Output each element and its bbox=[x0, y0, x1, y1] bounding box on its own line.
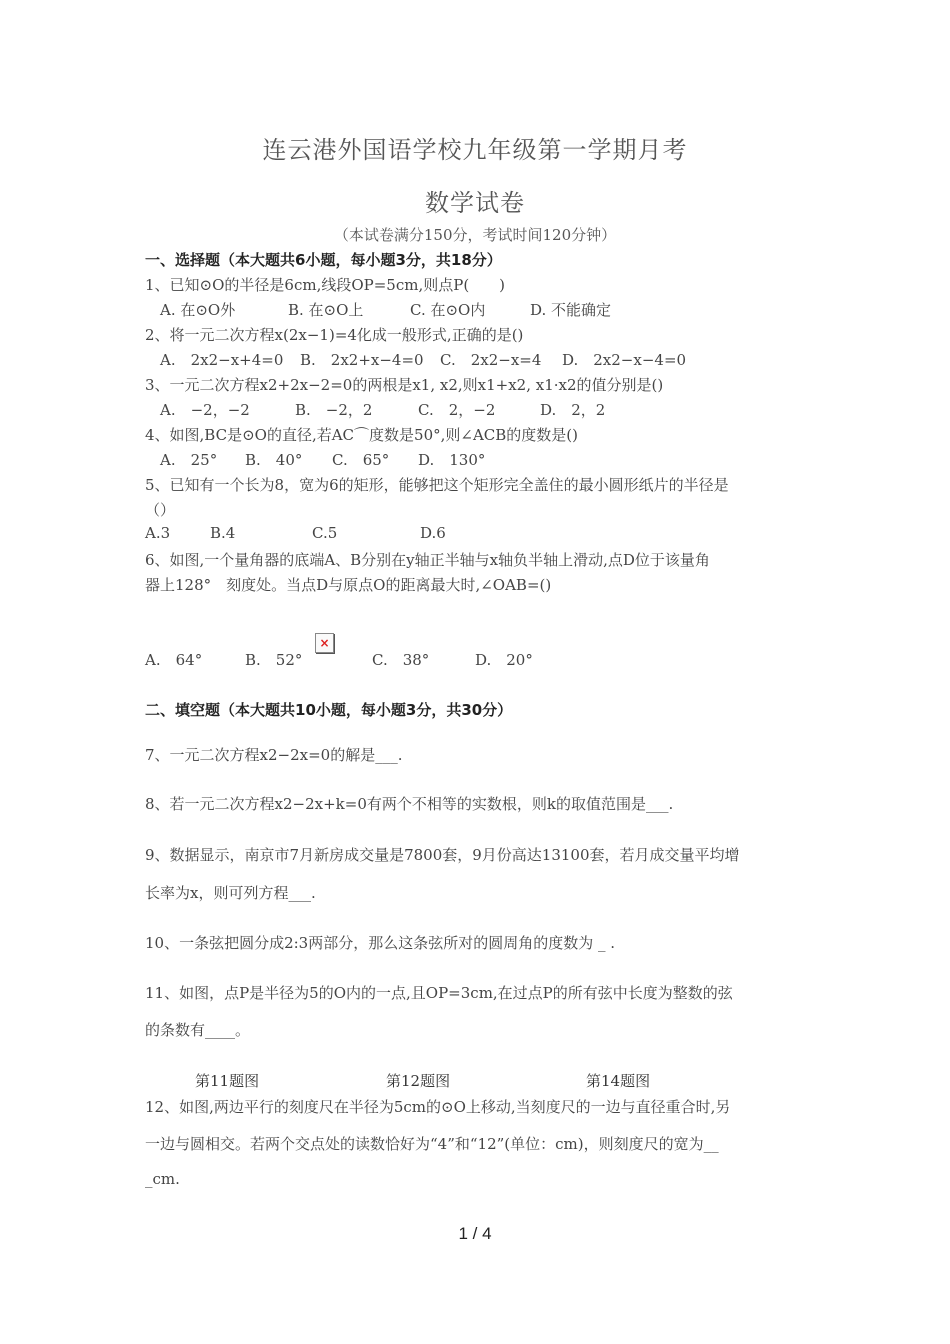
figure-caption-11: 第11题图 bbox=[195, 1070, 259, 1091]
question-2: 2、将一元二次方程x(2x−1)=4化成一般形式,正确的是() bbox=[145, 324, 523, 345]
q2-option-c: C. 2x2−x=4 bbox=[440, 349, 541, 370]
q5-option-a: A.3 bbox=[145, 524, 170, 542]
q2-option-b: B. 2x2+x−4=0 bbox=[300, 349, 424, 370]
page-indicator: 1 / 4 bbox=[0, 1224, 950, 1244]
question-4: 4、如图,BC是⊙O的直径,若AC⌒度数是50°,则∠ACB的度数是() bbox=[145, 424, 578, 445]
question-11-line1: 11、如图，点P是半径为5的O内的一点,且OP=3cm,在过点P的所有弦中长度为… bbox=[145, 982, 733, 1003]
figure-caption-14: 第14题图 bbox=[586, 1070, 650, 1091]
question-10: 10、一条弦把圆分成2:3两部分，那么这条弦所对的圆周角的度数为 _ . bbox=[145, 932, 615, 953]
question-5-line1: 5、已知有一个长为8，宽为6的矩形，能够把这个矩形完全盖住的最小圆形纸片的半径是 bbox=[145, 474, 729, 495]
school-title: 连云港外国语学校九年级第一学期月考 bbox=[0, 130, 950, 165]
exam-page: 连云港外国语学校九年级第一学期月考 数学试卷 （本试卷满分150分，考试时间12… bbox=[0, 0, 950, 1344]
question-12-line2: 一边与圆相交。若两个交点处的读数恰好为“4”和“12”(单位：cm)，则刻度尺的… bbox=[145, 1133, 719, 1154]
exam-note: （本试卷满分150分，考试时间120分钟） bbox=[0, 224, 950, 245]
q6-option-a: A. 64° bbox=[145, 649, 202, 670]
q3-option-c: C. 2，−2 bbox=[418, 399, 495, 420]
q1-option-d: D. 不能确定 bbox=[530, 299, 611, 320]
figure-caption-12: 第12题图 bbox=[386, 1070, 450, 1091]
q1-option-c: C. 在⊙O内 bbox=[410, 299, 485, 320]
q3-option-a: A. −2，−2 bbox=[160, 399, 250, 420]
q4-option-c: C. 65° bbox=[332, 449, 389, 470]
subject-title: 数学试卷 bbox=[0, 183, 950, 218]
q1-option-a: A. 在⊙O外 bbox=[160, 299, 235, 320]
question-7: 7、一元二次方程x2−2x=0的解是___. bbox=[145, 744, 403, 765]
question-6-line2: 器上128° 刻度处。当点D与原点O的距离最大时,∠OAB=() bbox=[145, 574, 551, 595]
q6-option-d: D. 20° bbox=[475, 649, 533, 670]
q4-option-a: A. 25° bbox=[160, 449, 217, 470]
q2-option-d: D. 2x2−x−4=0 bbox=[562, 349, 686, 370]
question-8: 8、若一元二次方程x2−2x+k=0有两个不相等的实数根，则k的取值范围是___… bbox=[145, 793, 673, 814]
q3-option-b: B. −2，2 bbox=[295, 399, 372, 420]
q4-option-d: D. 130° bbox=[418, 449, 485, 470]
question-6-line1: 6、如图,一个量角器的底端A、B分别在y轴正半轴与x轴负半轴上滑动,点D位于该量… bbox=[145, 549, 710, 570]
question-3: 3、一元二次方程x2+2x−2=0的两根是x1, x2,则x1+x2, x1·x… bbox=[145, 374, 663, 395]
q2-option-a: A. 2x2−x+4=0 bbox=[160, 349, 283, 370]
q4-option-b: B. 40° bbox=[245, 449, 302, 470]
question-9-line1: 9、数据显示，南京市7月新房成交量是7800套，9月份高达13100套，若月成交… bbox=[145, 844, 740, 865]
question-9-line2: 长率为x，则可列方程___. bbox=[145, 882, 316, 903]
q3-option-d: D. 2，2 bbox=[540, 399, 605, 420]
section1-heading: 一、选择题（本大题共6小题，每小题3分，共18分） bbox=[145, 249, 502, 270]
q6-option-b: B. 52° bbox=[245, 649, 302, 670]
question-11-line2: 的条数有____。 bbox=[145, 1019, 250, 1040]
broken-image-icon: × bbox=[315, 633, 334, 653]
q5-option-d: D.6 bbox=[420, 524, 446, 542]
q5-option-b: B.4 bbox=[210, 524, 235, 542]
question-5-line2: （） bbox=[145, 499, 175, 520]
question-12-line3: _cm. bbox=[145, 1170, 180, 1188]
q1-option-b: B. 在⊙O上 bbox=[288, 299, 363, 320]
question-1: 1、已知⊙O的半径是6cm,线段OP=5cm,则点P( ) bbox=[145, 274, 505, 295]
section2-heading: 二、填空题（本大题共10小题，每小题3分，共30分） bbox=[145, 699, 512, 720]
q5-option-c: C.5 bbox=[312, 524, 337, 542]
q6-option-c: C. 38° bbox=[372, 649, 429, 670]
question-12-line1: 12、如图,两边平行的刻度尺在半径为5cm的⊙O上移动,当刻度尺的一边与直径重合… bbox=[145, 1096, 730, 1117]
